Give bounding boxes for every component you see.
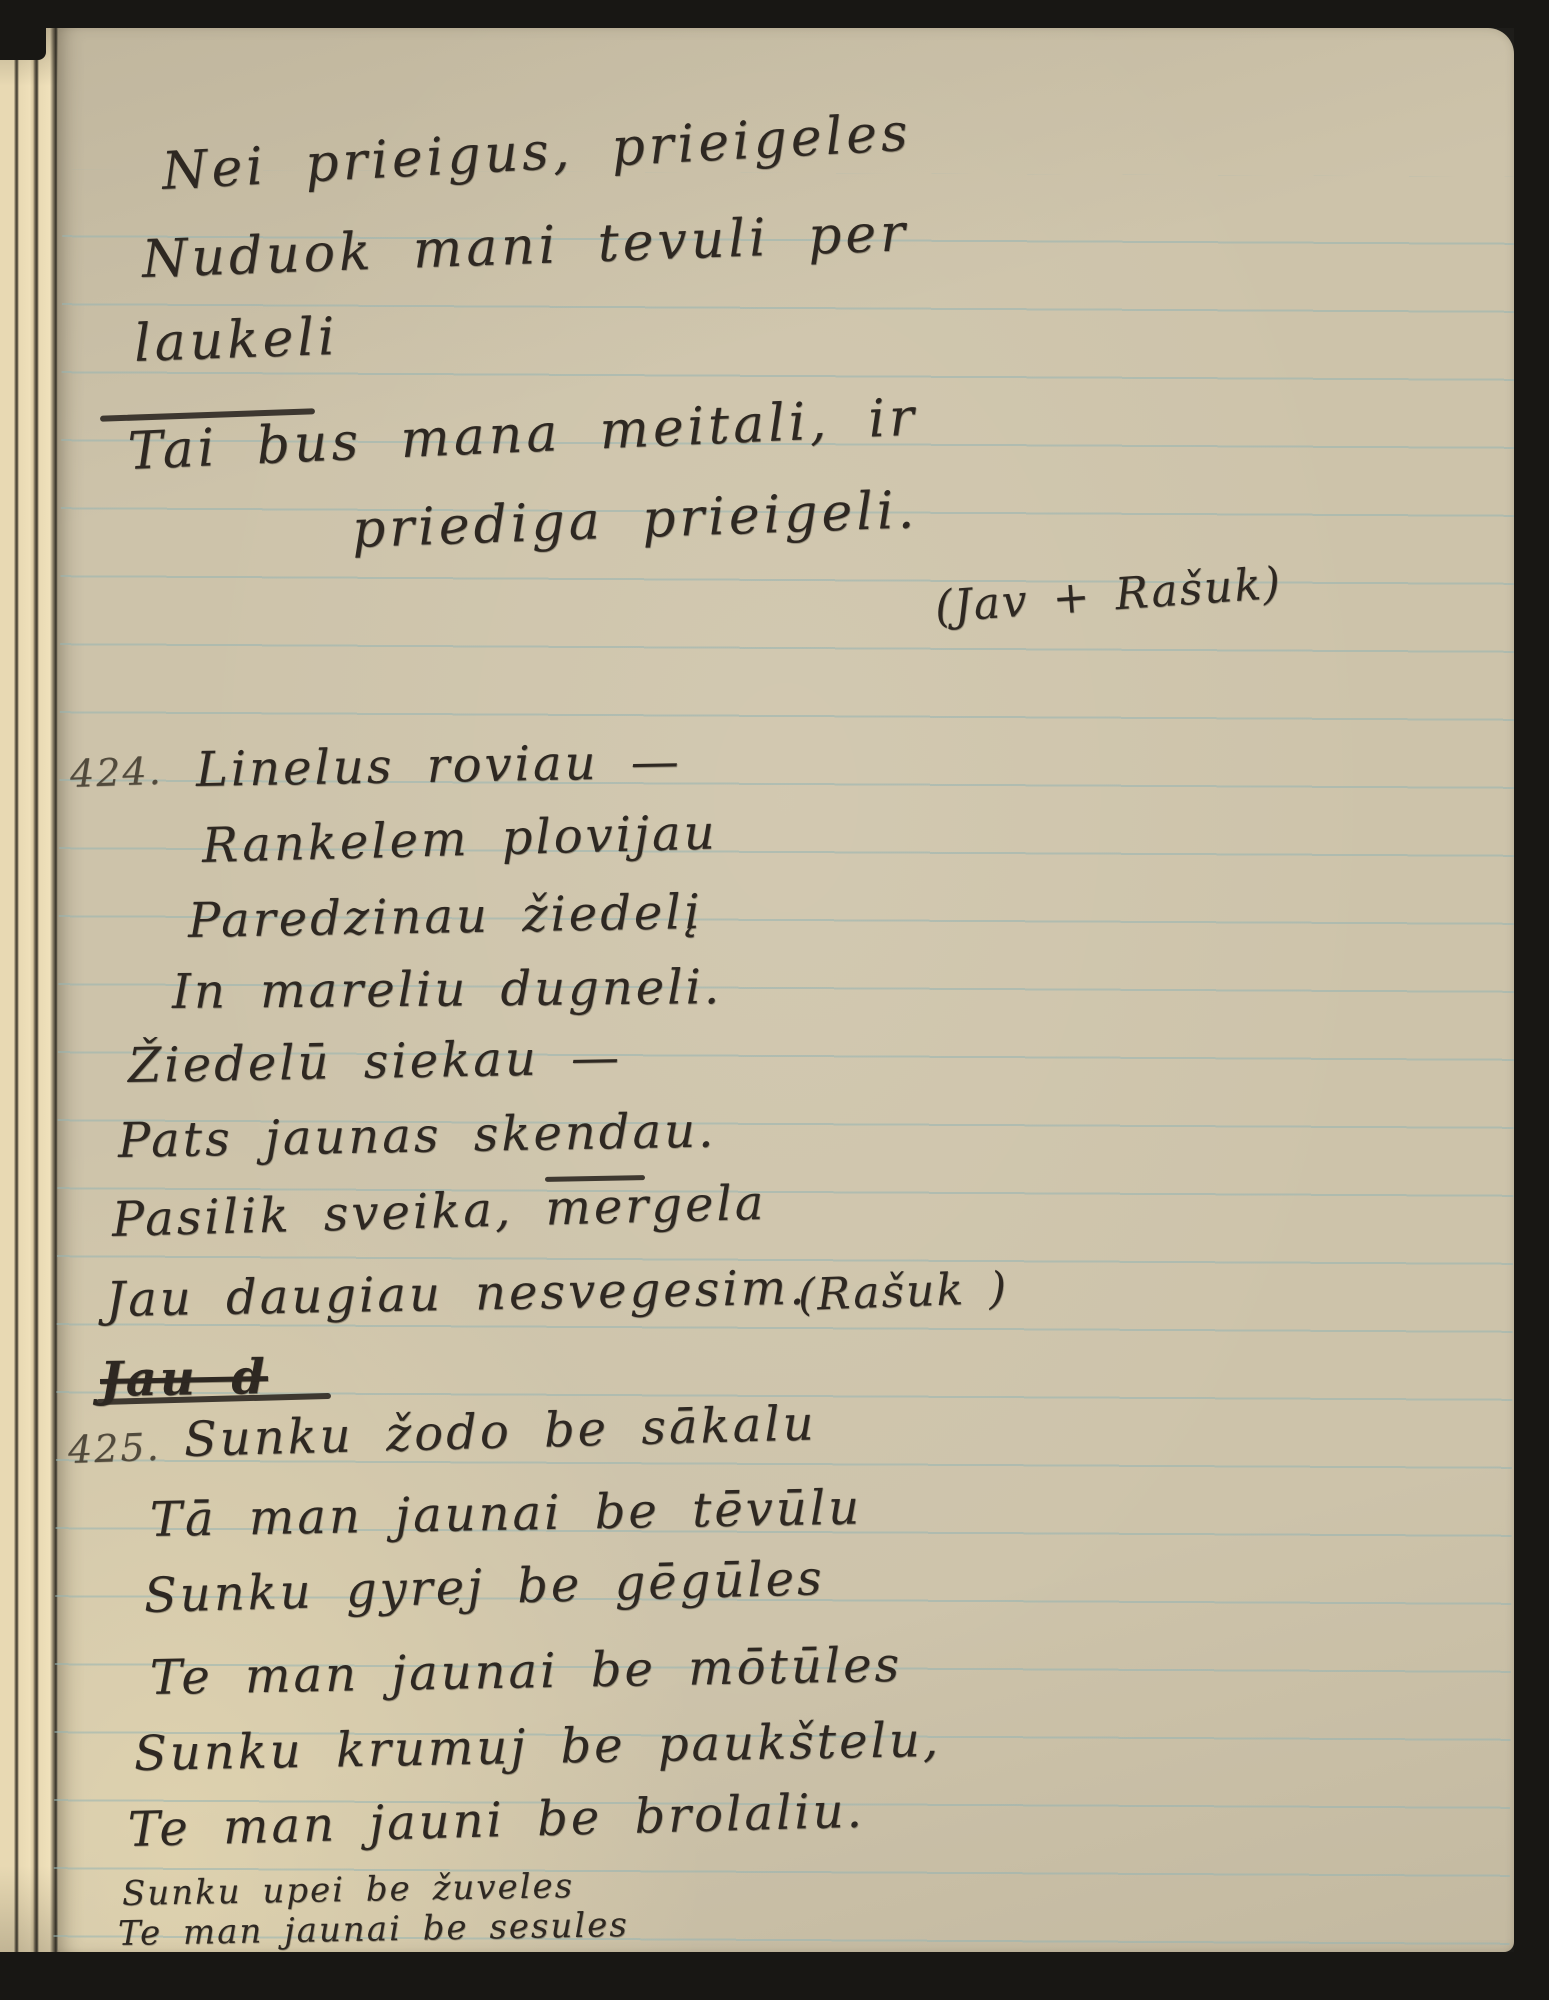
margin-number-424: 424.: [69, 749, 163, 796]
verse-line: In mareliu dugneli.: [172, 959, 723, 1020]
verse-line: laukeli: [133, 307, 340, 374]
verse-line: Pats jaunas skendau.: [118, 1103, 717, 1169]
scan-border-top: [0, 0, 1549, 28]
scan-border-right: [1514, 0, 1549, 2000]
verse-line: Linelus roviau —: [196, 734, 683, 798]
scan-border-corner: [0, 0, 46, 60]
scan-border-bottom: [0, 1952, 1549, 2000]
margin-number-425: 425.: [67, 1425, 161, 1472]
verse-line: Žiedelū siekau —: [128, 1029, 623, 1094]
binding-shadow: [0, 26, 64, 1956]
verse-line: Paredzinau žiedelį: [188, 884, 703, 949]
attribution: (Rašuk ): [797, 1263, 1009, 1321]
